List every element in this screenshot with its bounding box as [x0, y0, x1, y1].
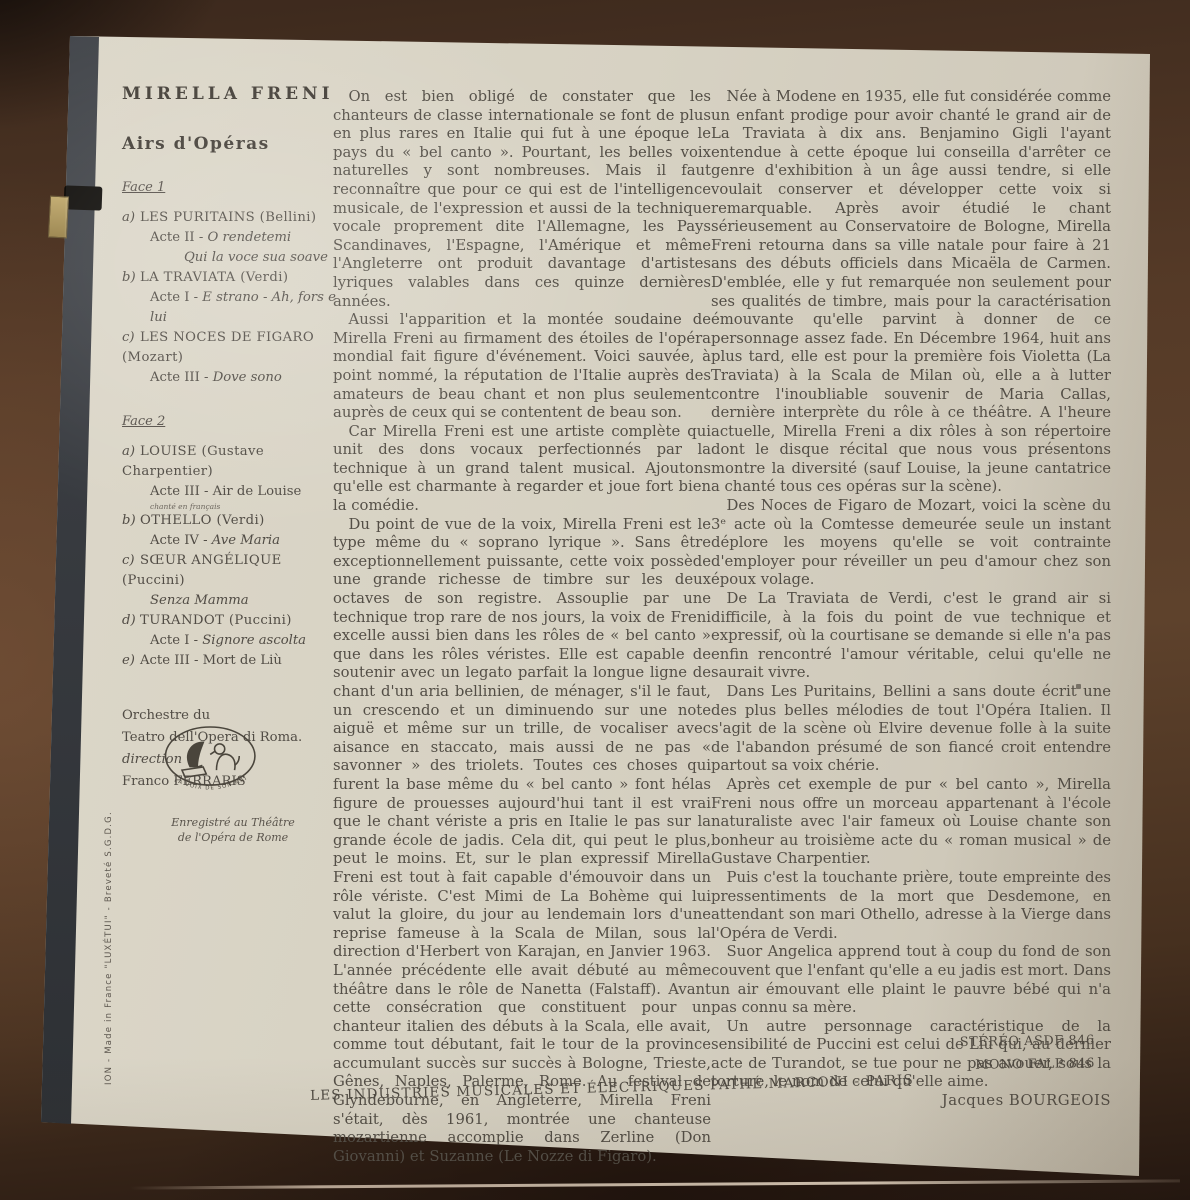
track-subline: Acte II - O rendetemi	[122, 228, 336, 248]
track-title: LES PURITAINS (Bellini)	[140, 210, 316, 225]
author-signature: Jacques BOURGEOIS	[711, 1092, 1111, 1111]
track-title: OTHELLO (Verdi)	[140, 513, 265, 528]
table-edge-highlight	[130, 1179, 1180, 1189]
track-letter: a)	[122, 208, 140, 228]
catalog-numbers: STÉRÉO ASDF 846 MONO FALP 846	[960, 1029, 1095, 1077]
notes-paragraph: Suor Angelica apprend tout à coup du fon…	[711, 943, 1111, 1017]
track-letter: a)	[122, 442, 140, 462]
liner-notes-column-1: On est bien obligé de constater que les …	[333, 88, 711, 1166]
act-label: Acte I -	[150, 290, 202, 305]
catalog-mono: MONO FALP 846	[960, 1052, 1095, 1077]
notes-paragraph: Des Noces de Figaro de Mozart, voici la …	[711, 497, 1111, 590]
spine-tag	[48, 196, 69, 239]
track-item: a)LOUISE (Gustave Charpentier) Acte III …	[122, 442, 336, 511]
track-title: TURANDOT (Puccini)	[140, 613, 292, 628]
track-subline: Acte III - Dove sono	[122, 368, 336, 388]
track-item: d)TURANDOT (Puccini) Acte I - Signore as…	[122, 611, 336, 651]
catalog-stereo: STÉRÉO ASDF 846	[960, 1029, 1095, 1054]
aria-title: Signore ascolta	[202, 633, 306, 648]
notes-paragraph: Dans Les Puritains, Bellini a sans doute…	[711, 683, 1111, 776]
track-title: LES NOCES DE FIGARO (Mozart)	[122, 330, 314, 365]
track-title: SŒUR ANGÉLIQUE (Puccini)	[122, 553, 282, 588]
print-speck	[1076, 684, 1081, 689]
track-title: LOUISE (Gustave Charpentier)	[122, 444, 264, 479]
notes-paragraph: Puis c'est la touchante prière, toute em…	[711, 869, 1111, 943]
spine-patent-text: ION - Made in France "LUXÉTUI" - Breveté…	[104, 811, 114, 1085]
notes-paragraph: Du point de vue de la voix, Mirella Fren…	[333, 516, 711, 1167]
aria-title: Dove sono	[213, 370, 282, 385]
act-label: Acte I -	[150, 633, 202, 648]
act-label: Acte II -	[150, 230, 207, 245]
spine-notch	[64, 185, 103, 210]
track-item: b)LA TRAVIATA (Verdi) Acte I - E strano …	[122, 268, 336, 328]
track-subline: Acte III - Mort de Liù	[140, 653, 282, 668]
recording-location: Enregistré au Théâtre de l'Opéra de Rome	[158, 815, 308, 845]
notes-paragraph: Car Mirella Freni est une artiste complè…	[333, 423, 711, 516]
notes-paragraph: Aussi l'apparition et la montée soudaine…	[333, 311, 711, 423]
track-letter: c)	[122, 551, 140, 571]
hmv-logo-drawing: LA VOIX DE SON MAITRE	[160, 716, 262, 818]
notes-paragraph: De La Traviata de Verdi, c'est le grand …	[711, 590, 1111, 683]
notes-paragraph: On est bien obligé de constater que les …	[333, 88, 711, 311]
track-letter: d)	[122, 611, 140, 631]
track-letter: b)	[122, 268, 140, 288]
track-letter: c)	[122, 328, 140, 348]
artist-name: MIRELLA FRENI	[122, 84, 336, 104]
notes-paragraph: Après cet exemple de pur « bel canto », …	[711, 776, 1111, 869]
track-subline: Acte III - Air de Louise	[122, 482, 336, 502]
track-item: c)LES NOCES DE FIGARO (Mozart) Acte III …	[122, 328, 336, 388]
act-label: Acte IV -	[150, 533, 212, 548]
album-title: Airs d'Opéras	[122, 134, 336, 154]
track-title: LA TRAVIATA (Verdi)	[140, 270, 288, 285]
track-item: a)LES PURITAINS (Bellini) Acte II - O re…	[122, 208, 336, 268]
track-subline: Qui la voce sua soave	[122, 248, 336, 268]
face2-list: a)LOUISE (Gustave Charpentier) Acte III …	[122, 442, 336, 671]
aria-title: Ave Maria	[212, 533, 280, 548]
notes-paragraph: Née à Modene en 1935, elle fut considéré…	[711, 88, 1111, 497]
language-note: chanté en français	[122, 502, 336, 511]
track-subline: Acte IV - Ave Maria	[122, 531, 336, 551]
track-letter: e)	[122, 651, 140, 671]
liner-notes-column-2: Née à Modene en 1935, elle fut considéré…	[711, 88, 1111, 1111]
track-subline: Acte I - Signore ascolta	[122, 631, 336, 651]
face1-list: a)LES PURITAINS (Bellini) Acte II - O re…	[122, 208, 336, 388]
track-item: e)Acte III - Mort de Liù	[122, 651, 336, 671]
track-letter: b)	[122, 511, 140, 531]
act-label: Acte III -	[150, 370, 213, 385]
face2-heading: Face 2	[122, 414, 336, 429]
aria-title: O rendetemi	[207, 230, 291, 245]
recording-line: de l'Opéra de Rome	[158, 830, 308, 845]
track-item: b)OTHELLO (Verdi) Acte IV - Ave Maria	[122, 511, 336, 551]
record-sleeve-photo: MIRELLA FRENI Airs d'Opéras Face 1 a)LES…	[0, 0, 1190, 1200]
track-subline: Acte I - E strano - Ah, fors e lui	[122, 288, 336, 328]
face1-heading: Face 1	[122, 180, 336, 195]
aria-title: Senza Mamma	[122, 591, 336, 611]
track-item: c)SŒUR ANGÉLIQUE (Puccini) Senza Mamma	[122, 551, 336, 611]
hmv-dog-gramophone-logo: LA VOIX DE SON MAITRE	[160, 716, 262, 818]
